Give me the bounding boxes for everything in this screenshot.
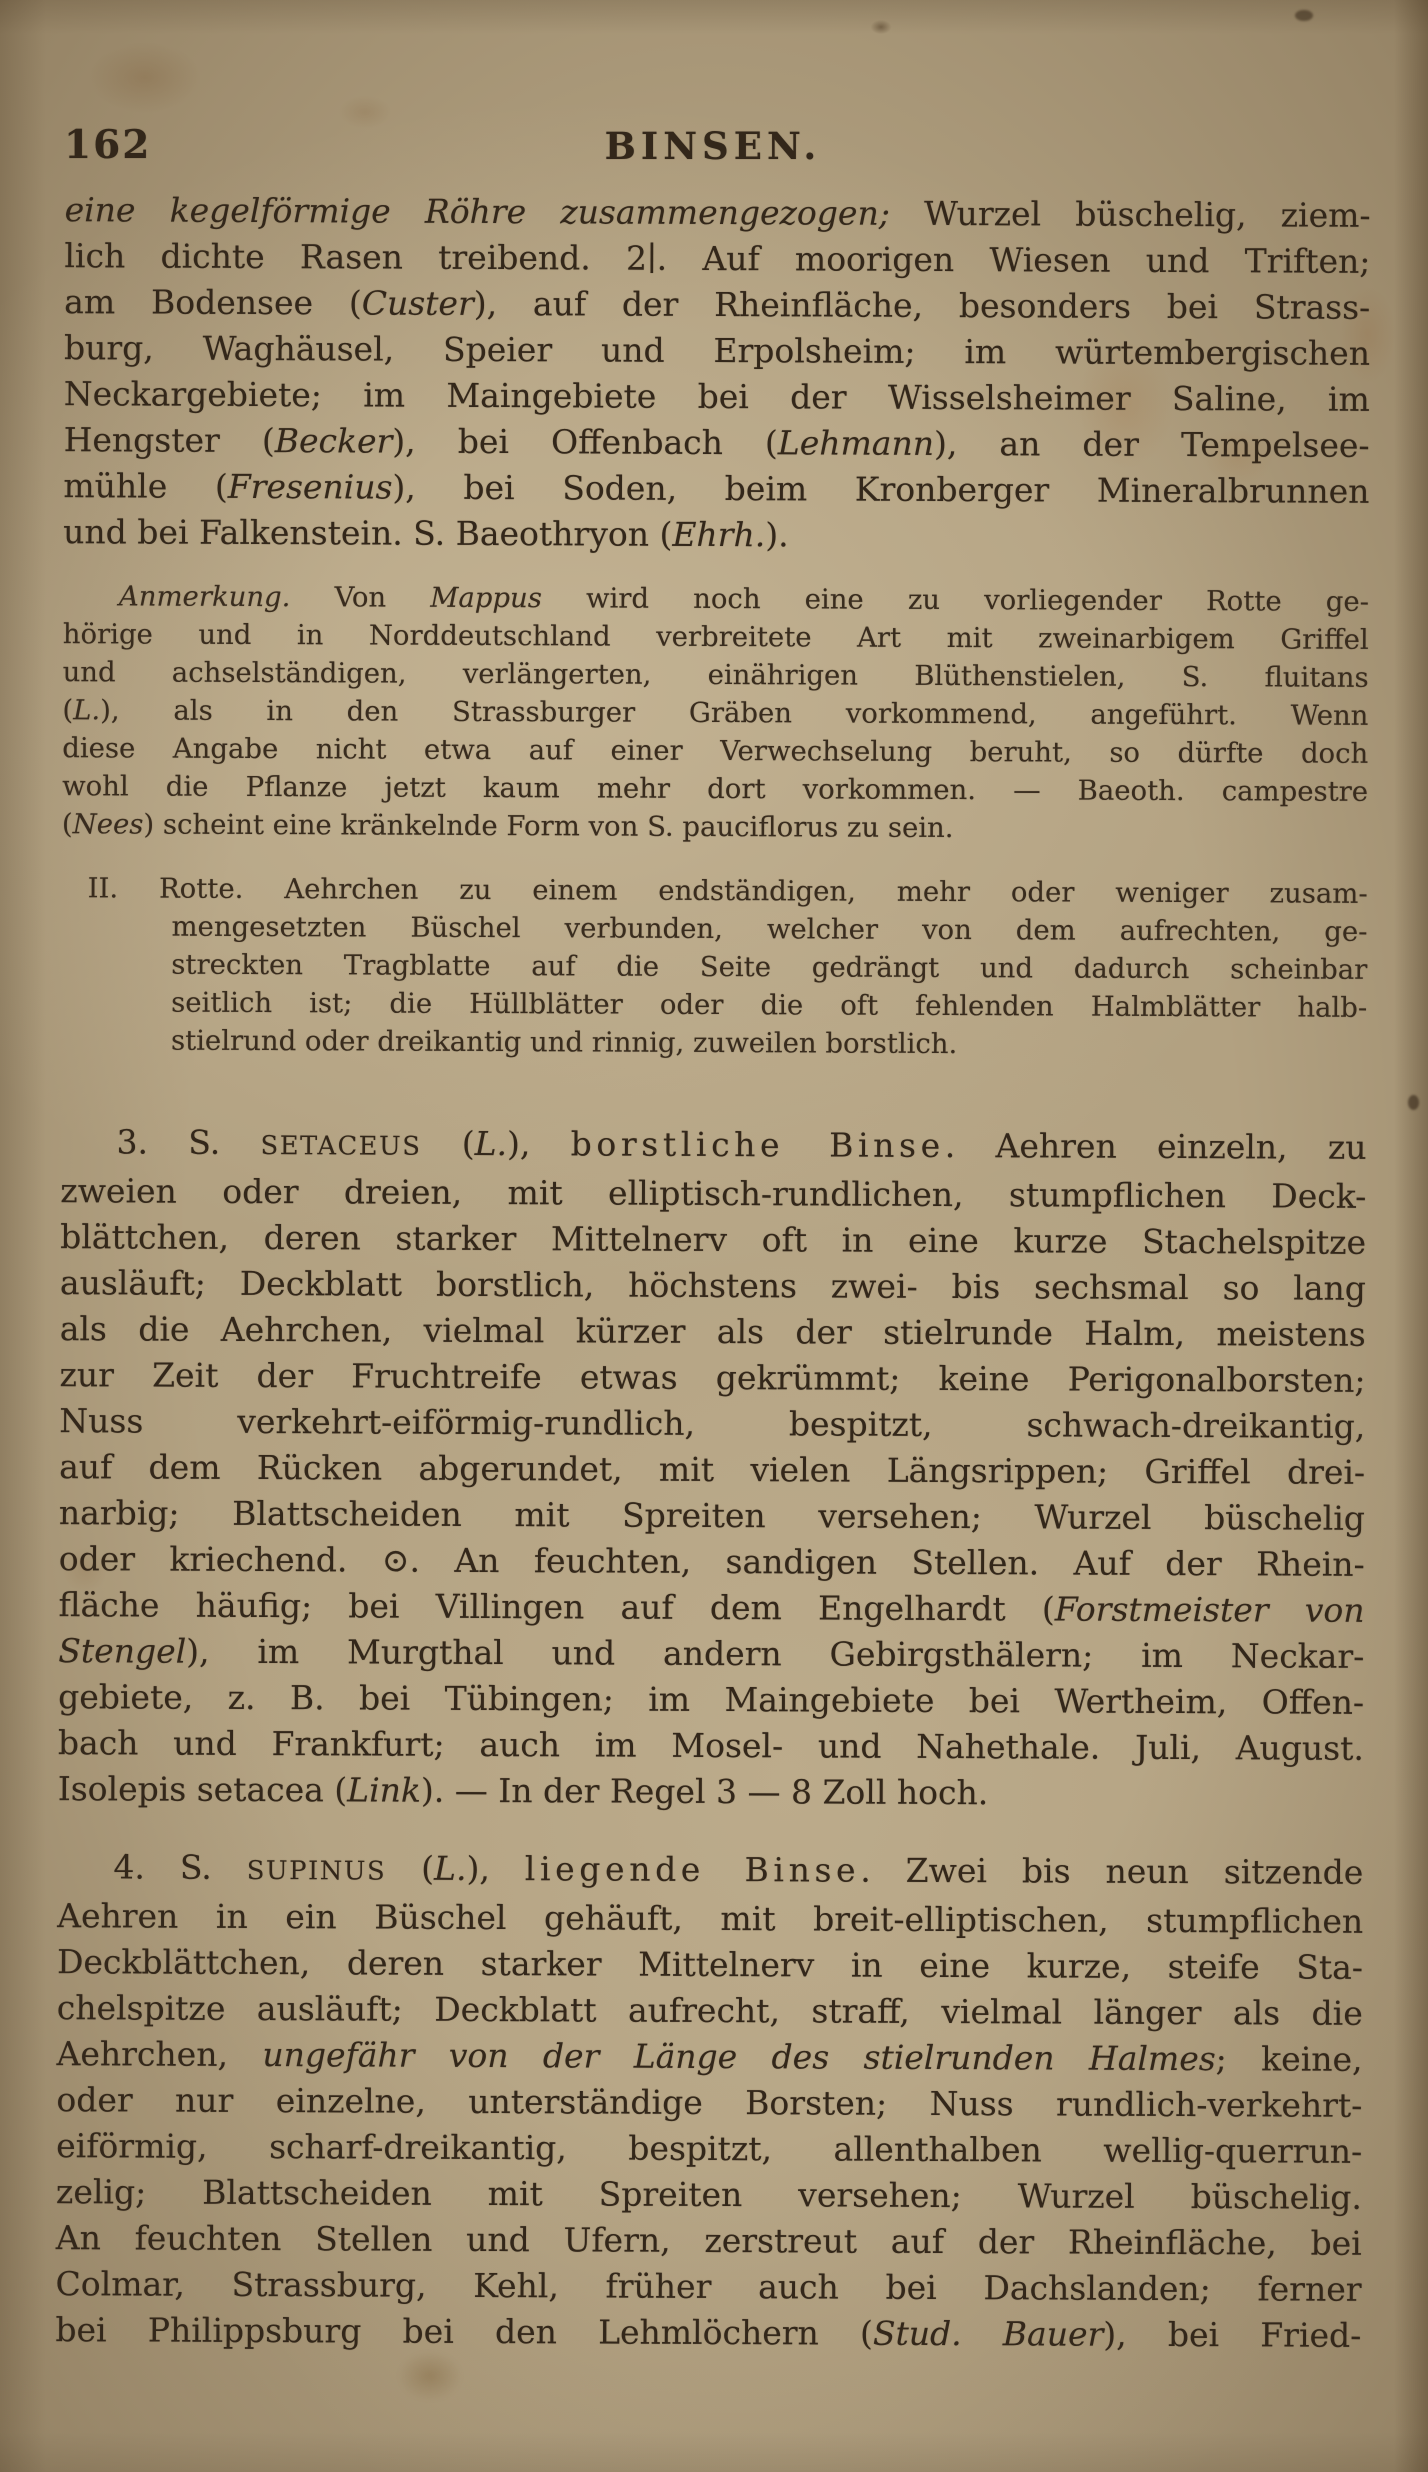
paragraph-species-3: 3. S. SETACEUS (L.), borstliche Binse. A… xyxy=(58,1119,1367,1818)
text-run: ), xyxy=(507,1124,571,1163)
paragraph-anmerkung: Anmerkung. Von Mappus wird noch eine zu … xyxy=(62,577,1369,849)
text-run: eine kegelförmige Röhre zusammengezogen; xyxy=(65,190,890,233)
text-run: L. xyxy=(434,1849,467,1888)
text-line: mengesetzten Büschel verbunden, welcher … xyxy=(61,907,1367,951)
text-line: bei Philippsburg bei den Lehmlöchern (St… xyxy=(55,2307,1361,2359)
text-run: ( xyxy=(62,808,73,840)
text-run: L. xyxy=(73,694,100,726)
text-run: ( xyxy=(62,694,73,726)
text-line: Aehrchen, ungefähr von der Länge des sti… xyxy=(56,2031,1362,2083)
text-run: . Zwei bis neun sitzende xyxy=(860,1851,1363,1892)
text-line: bach und Frankfurt; auch im Mosel- und N… xyxy=(58,1720,1364,1772)
text-run: bei Philippsburg bei den Lehmlöchern ( xyxy=(55,2310,873,2353)
text-run: ), auf der Rheinfläche, besonders bei St… xyxy=(474,284,1371,327)
text-run: Custer xyxy=(362,283,474,322)
text-run: Mappus xyxy=(430,582,542,614)
paragraph-rotte-2: II. Rotte. Aehrchen zu einem endständige… xyxy=(61,869,1368,1065)
text-line: Anmerkung. Von Mappus wird noch eine zu … xyxy=(63,577,1369,621)
text-line: blättchen, deren starker Mittelnerv oft … xyxy=(60,1214,1366,1266)
text-run: Ehrh. xyxy=(672,515,765,554)
text-run: hörige und in Norddeutschland verbreitet… xyxy=(63,618,1369,656)
text-run: ), bei Fried- xyxy=(1103,2315,1361,2355)
text-run: Deckblättchen, deren starker Mittelnerv … xyxy=(57,1942,1363,1987)
text-run: ). — In der Regel 3 — 8 Zoll hoch. xyxy=(421,1771,988,1812)
text-run: ), bei Offenbach ( xyxy=(392,422,778,463)
text-run: 3. S. xyxy=(116,1122,260,1162)
page-header: 162 BINSEN. xyxy=(60,120,1366,174)
text-run: 4. S. xyxy=(113,1847,247,1887)
text-line: streckten Tragblatte auf die Seite gedrä… xyxy=(61,945,1367,989)
text-run: ), im Murgthal und andern Gebirgsthälern… xyxy=(186,1632,1364,1676)
text-run: Isolepis setacea ( xyxy=(58,1769,348,1809)
text-run: Colmar, Strassburg, Kehl, früher auch be… xyxy=(55,2264,1361,2309)
running-title: BINSEN. xyxy=(60,124,1366,168)
text-run: mengesetzten Büschel verbunden, welcher … xyxy=(171,911,1367,948)
text-run: Nuss verkehrt-eiförmig-rundlich, bespitz… xyxy=(59,1401,1365,1446)
text-line: Isolepis setacea (Link). — In der Regel … xyxy=(58,1766,1364,1818)
text-run: und bei Falkenstein. S. Baeothryon ( xyxy=(63,512,672,554)
text-run: Von xyxy=(290,581,430,614)
text-line: seitlich ist; die Hüllblätter oder die o… xyxy=(61,983,1367,1027)
text-run: An feuchten Stellen und Ufern, zerstreut… xyxy=(56,2218,1362,2263)
text-line: oder kriechend. ⊙. An feuchten, sandigen… xyxy=(59,1536,1365,1588)
text-run: wohl die Pflanze jetzt kaum mehr dort vo… xyxy=(62,770,1368,808)
text-run: chelspitze ausläuft; Deckblatt aufrecht,… xyxy=(57,1988,1363,2033)
text-run: . Aehren einzeln, zu xyxy=(945,1126,1367,1167)
text-line: als die Aehrchen, vielmal kürzer als der… xyxy=(60,1306,1366,1358)
text-run: SUPINUS xyxy=(247,1856,387,1887)
text-run: Hengster ( xyxy=(64,420,275,460)
text-line: Neckargebiete; im Maingebiete bei der Wi… xyxy=(64,371,1370,423)
text-run: Aehrchen, xyxy=(57,2034,263,2074)
text-block: eine kegelförmige Röhre zusammengezogen;… xyxy=(55,187,1370,2359)
text-line: eine kegelförmige Röhre zusammengezogen;… xyxy=(65,187,1371,239)
text-line: oder nur einzelne, unterständige Borsten… xyxy=(56,2077,1362,2129)
text-line: narbig; Blattscheiden mit Spreiten verse… xyxy=(59,1490,1365,1542)
text-run: Fresenius xyxy=(228,467,393,507)
text-run: oder kriechend. ⊙. An feuchten, sandigen… xyxy=(59,1539,1365,1584)
text-run: borstliche Binse xyxy=(571,1124,945,1165)
text-run: ( xyxy=(421,1124,474,1163)
text-run: ), xyxy=(466,1849,525,1888)
text-line: gebiete, z. B. bei Tübingen; im Maingebi… xyxy=(58,1674,1364,1726)
text-run: ) scheint eine kränkelnde Form von S. pa… xyxy=(143,809,953,845)
text-line: wohl die Pflanze jetzt kaum mehr dort vo… xyxy=(62,767,1368,811)
text-line: und achselständigen, verlängerten, einäh… xyxy=(63,653,1369,697)
text-line: Hengster (Becker), bei Offenbach (Lehman… xyxy=(64,417,1370,469)
text-run: seitlich ist; die Hüllblätter oder die o… xyxy=(171,987,1367,1024)
text-line: Nuss verkehrt-eiförmig-rundlich, bespitz… xyxy=(59,1398,1365,1450)
text-line: am Bodensee (Custer), auf der Rheinfläch… xyxy=(64,279,1370,331)
text-run: bach und Frankfurt; auch im Mosel- und N… xyxy=(58,1723,1364,1768)
text-run: II. Rotte. Aehrchen zu einem endständige… xyxy=(88,872,1368,910)
text-run: zweien oder dreien, mit elliptisch-rundl… xyxy=(60,1171,1366,1216)
text-run: ), als in den Strassburger Gräben vorkom… xyxy=(100,694,1368,732)
text-line: An feuchten Stellen und Ufern, zerstreut… xyxy=(56,2215,1362,2267)
text-run: zelig; Blattscheiden mit Spreiten verseh… xyxy=(56,2172,1362,2217)
text-run: burg, Waghäusel, Speier und Erpolsheim; … xyxy=(64,328,1370,373)
text-run: oder nur einzelne, unterständige Borsten… xyxy=(56,2080,1362,2125)
text-run: Stengel xyxy=(58,1631,186,1671)
text-line: lich dichte Rasen treibend. 2∣. Auf moor… xyxy=(64,233,1370,285)
text-line: zweien oder dreien, mit elliptisch-rundl… xyxy=(60,1168,1366,1220)
text-line: 3. S. SETACEUS (L.), borstliche Binse. A… xyxy=(60,1119,1366,1174)
text-run: mühle ( xyxy=(63,466,228,506)
text-line: burg, Waghäusel, Speier und Erpolsheim; … xyxy=(64,325,1370,377)
text-run: Lehmann xyxy=(778,423,934,463)
text-run: stielrund oder dreikantig und rinnig, zu… xyxy=(171,1025,957,1060)
text-run: eiförmig, scharf-dreikantig, bespitzt, a… xyxy=(56,2126,1362,2171)
text-line: Deckblättchen, deren starker Mittelnerv … xyxy=(57,1939,1363,1991)
text-run: SETACEUS xyxy=(260,1131,421,1162)
text-run: wird noch eine zu vorliegender Rotte ge- xyxy=(542,582,1369,618)
text-run: Forstmeister von xyxy=(1055,1589,1365,1629)
text-line: Stengel), im Murgthal und andern Gebirgs… xyxy=(58,1628,1364,1680)
text-run: am Bodensee ( xyxy=(64,282,362,322)
text-line: (Nees) scheint eine kränkelnde Form von … xyxy=(62,805,1368,849)
text-run: ; keine, xyxy=(1216,2039,1363,2079)
text-line: (L.), als in den Strassburger Gräben vor… xyxy=(62,691,1368,735)
text-line: fläche häufig; bei Villingen auf dem Eng… xyxy=(58,1582,1364,1634)
text-run: zur Zeit der Fruchtreife etwas gekrümmt;… xyxy=(59,1355,1365,1400)
text-run: ( xyxy=(386,1849,434,1888)
text-line: II. Rotte. Aehrchen zu einem endständige… xyxy=(62,869,1368,913)
text-run: ungefähr von der Länge des stielrunden H… xyxy=(262,2035,1216,2078)
text-line: ausläuft; Deckblatt borstlich, höchstens… xyxy=(60,1260,1366,1312)
text-run: streckten Tragblatte auf die Seite gedrä… xyxy=(171,949,1367,986)
scanned-book-page: 162 BINSEN. eine kegelförmige Röhre zusa… xyxy=(0,0,1428,2472)
text-run: Nees xyxy=(73,808,144,840)
text-run: auf dem Rücken abgerundet, mit vielen Lä… xyxy=(59,1447,1365,1492)
text-run: ), an der Tempelsee- xyxy=(934,424,1370,465)
text-run: Wurzel büschelig, ziem- xyxy=(890,194,1371,235)
ink-speck xyxy=(1408,1095,1419,1110)
text-run: narbig; Blattscheiden mit Spreiten verse… xyxy=(59,1493,1365,1538)
ink-speck xyxy=(868,18,894,36)
text-line: eiförmig, scharf-dreikantig, bespitzt, a… xyxy=(56,2123,1362,2175)
text-run: Aehren in ein Büschel gehäuft, mit breit… xyxy=(57,1896,1363,1941)
text-line: 4. S. SUPINUS (L.), liegende Binse. Zwei… xyxy=(57,1844,1363,1899)
paragraph-species-4: 4. S. SUPINUS (L.), liegende Binse. Zwei… xyxy=(55,1844,1363,2359)
paragraph-intro: eine kegelförmige Röhre zusammengezogen;… xyxy=(63,187,1371,561)
text-line: Colmar, Strassburg, Kehl, früher auch be… xyxy=(55,2261,1361,2313)
text-line: chelspitze ausläuft; Deckblatt aufrecht,… xyxy=(57,1985,1363,2037)
text-run: ), bei Soden, beim Kronberger Mineralbru… xyxy=(392,468,1369,511)
text-line: und bei Falkenstein. S. Baeothryon (Ehrh… xyxy=(63,509,1369,561)
text-line: hörige und in Norddeutschland verbreitet… xyxy=(63,615,1369,659)
text-run: blättchen, deren starker Mittelnerv oft … xyxy=(60,1217,1366,1262)
text-run: ). xyxy=(765,515,789,554)
text-run: fläche häufig; bei Villingen auf dem Eng… xyxy=(58,1585,1054,1628)
text-line: diese Angabe nicht etwa auf einer Verwec… xyxy=(62,729,1368,773)
text-run: ausläuft; Deckblatt borstlich, höchstens… xyxy=(60,1263,1366,1308)
text-line: Aehren in ein Büschel gehäuft, mit breit… xyxy=(57,1893,1363,1945)
text-run: lich dichte Rasen treibend. 2∣. Auf moor… xyxy=(64,236,1370,281)
text-run: Stud. Bauer xyxy=(873,2314,1104,2354)
text-run: liegende Binse xyxy=(525,1849,861,1889)
text-line: zur Zeit der Fruchtreife etwas gekrümmt;… xyxy=(59,1352,1365,1404)
ink-speck xyxy=(1295,10,1313,21)
text-line: mühle (Fresenius), bei Soden, beim Kronb… xyxy=(63,463,1369,515)
text-line: auf dem Rücken abgerundet, mit vielen Lä… xyxy=(59,1444,1365,1496)
text-run: als die Aehrchen, vielmal kürzer als der… xyxy=(60,1309,1366,1354)
text-line: stielrund oder dreikantig und rinnig, zu… xyxy=(61,1021,1367,1065)
text-run: Becker xyxy=(275,421,393,461)
text-run: L. xyxy=(475,1124,508,1163)
text-run: Neckargebiete; im Maingebiete bei der Wi… xyxy=(64,374,1370,419)
paper-stain xyxy=(70,30,220,125)
text-run: diese Angabe nicht etwa auf einer Verwec… xyxy=(62,732,1368,770)
text-run: und achselständigen, verlängerten, einäh… xyxy=(63,656,1369,694)
text-line: zelig; Blattscheiden mit Spreiten verseh… xyxy=(56,2169,1362,2221)
text-run: gebiete, z. B. bei Tübingen; im Maingebi… xyxy=(58,1677,1364,1722)
text-run: Anmerkung. xyxy=(119,580,291,613)
text-run: Link xyxy=(347,1770,421,1809)
